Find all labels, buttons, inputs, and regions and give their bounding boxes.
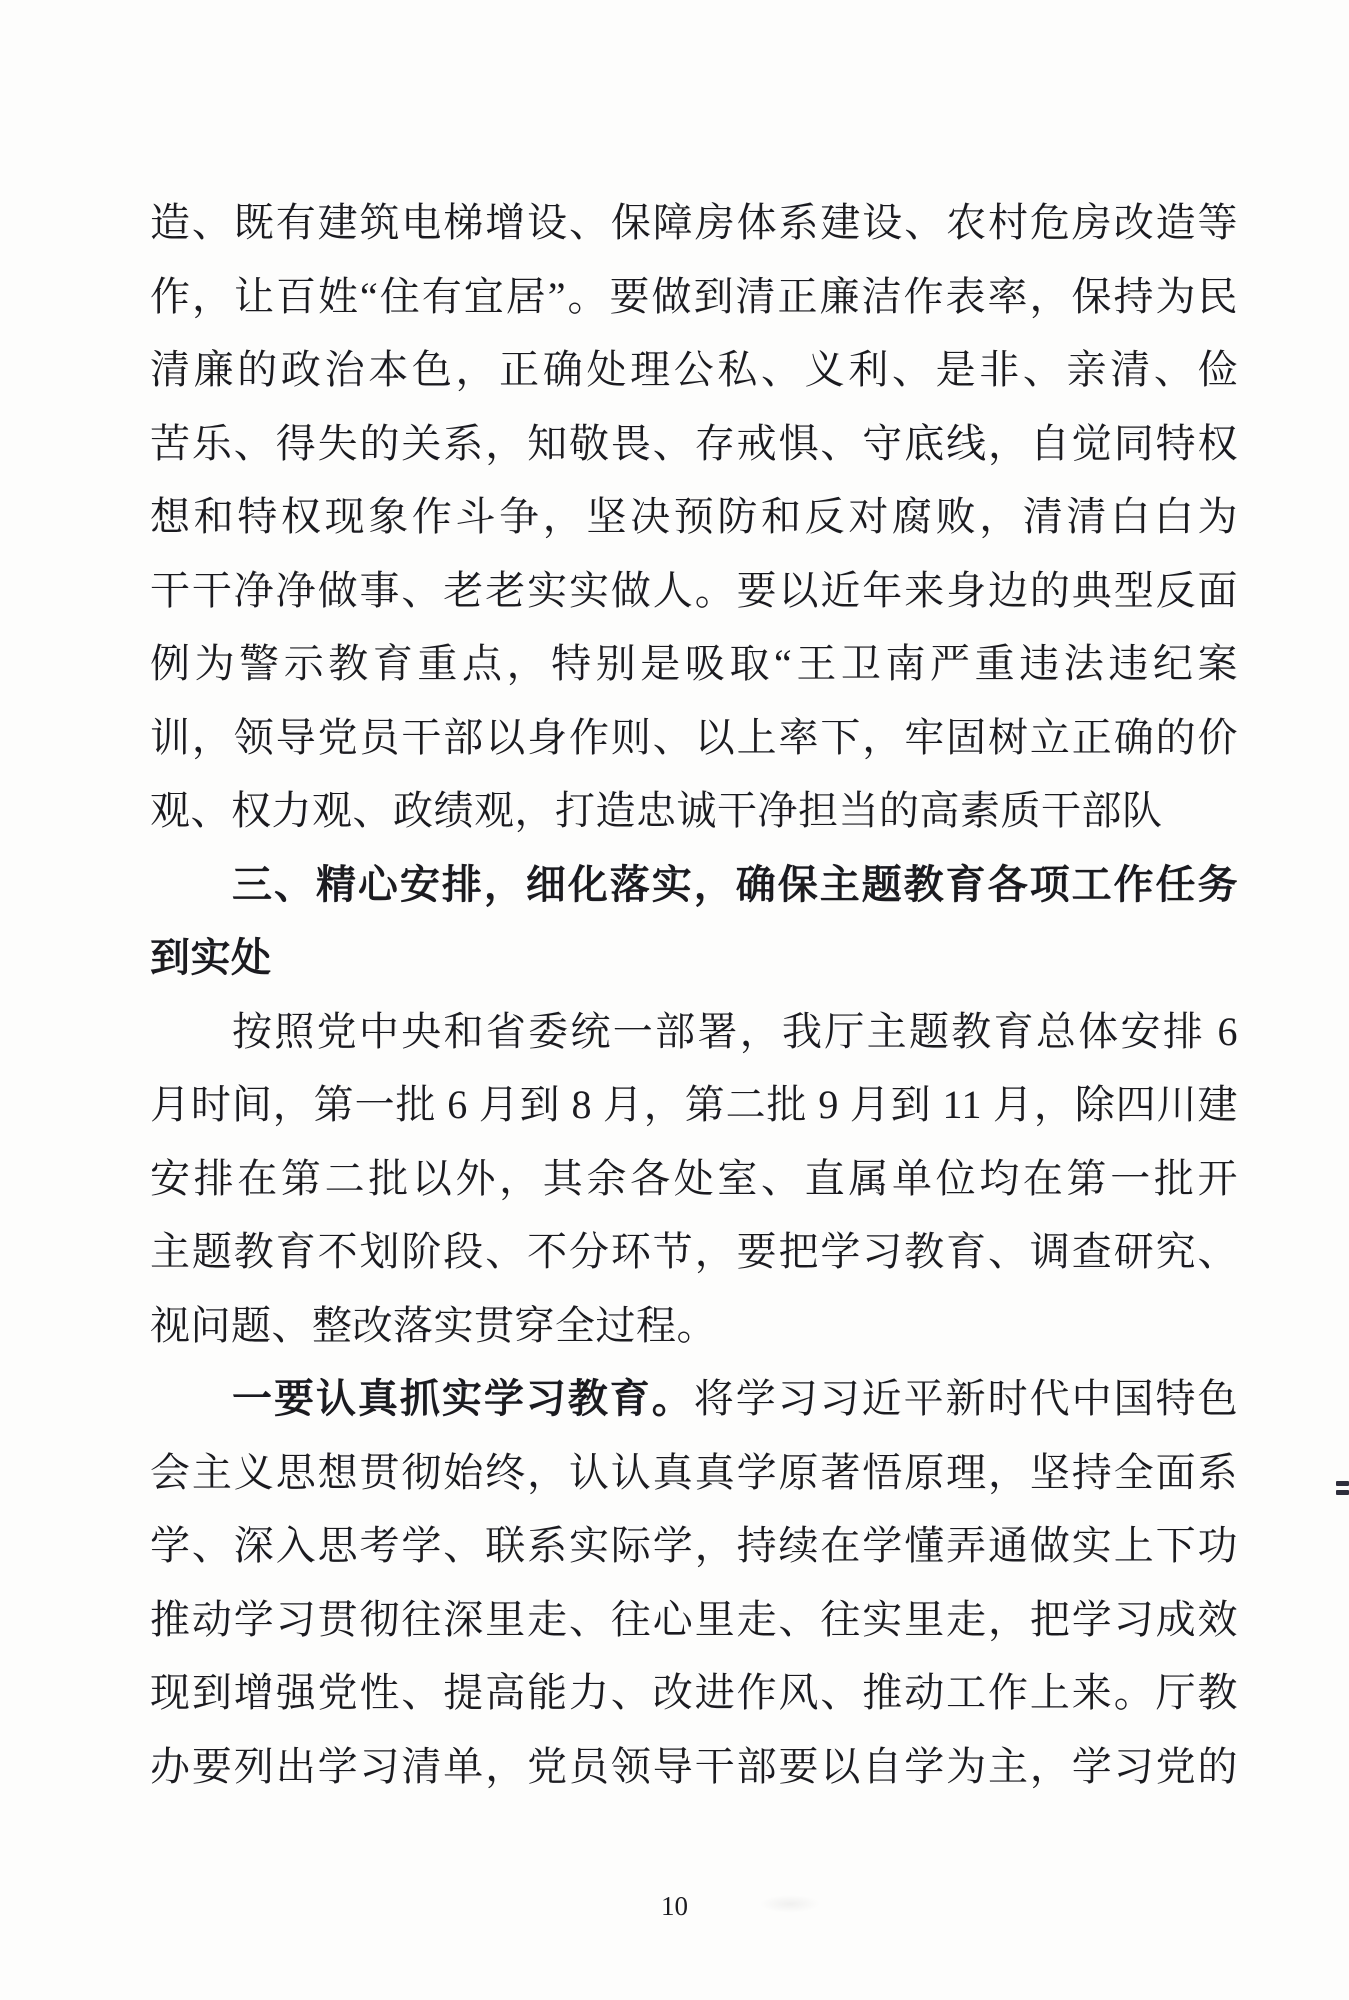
text-segment: 按照党中央和省委统一部署，我厅主题教育总体安排 6 个 bbox=[232, 1009, 1238, 1069]
text-segment: 学、深入思考学、联系实际学，持续在学懂弄通做实上下功夫， bbox=[150, 1523, 1238, 1583]
text-line: 一要认真抓实学习教育。将学习习近平新时代中国特色社 bbox=[150, 1362, 1238, 1436]
text-segment: 月时间，第一批 6 月到 8 月，第二批 9 月到 11 月，除四川建院 bbox=[150, 1082, 1238, 1142]
text-segment: 办要列出学习清单，党员领导干部要以自学为主，学习党的十 bbox=[150, 1744, 1238, 1804]
text-segment: 清廉的政治本色，正确处理公私、义利、是非、亲清、俭奢、 bbox=[150, 347, 1238, 407]
text-segment: 主题教育不划阶段、不分环节，要把学习教育、调查研究、检 bbox=[150, 1229, 1238, 1289]
bold-text-segment: 三、精心安排，细化落实，确保主题教育各项工作任务落 bbox=[232, 863, 1238, 922]
text-segment: 观、权力观、政绩观，打造忠诚干净担当的高素质干部队伍。 bbox=[150, 788, 1163, 848]
bold-text-segment: 到实处 bbox=[150, 936, 272, 980]
text-segment: 苦乐、得失的关系，知敬畏、存戒惧、守底线，自觉同特权思 bbox=[150, 421, 1238, 481]
text-segment: 造、既有建筑电梯增设、保障房体系建设、农村危房改造等工 bbox=[150, 200, 1238, 260]
text-line: 干干净净做事、老老实实做人。要以近年来身边的典型反面案 bbox=[150, 554, 1238, 628]
text-line: 按照党中央和省委统一部署，我厅主题教育总体安排 6 个 bbox=[150, 995, 1238, 1069]
text-line: 会主义思想贯彻始终，认认真真学原著悟原理，坚持全面系统 bbox=[150, 1436, 1238, 1510]
text-segment: 会主义思想贯彻始终，认认真真学原著悟原理，坚持全面系统 bbox=[150, 1450, 1238, 1510]
text-line: 三、精心安排，细化落实，确保主题教育各项工作任务落 bbox=[150, 848, 1238, 922]
text-line: 想和特权现象作斗争，坚决预防和反对腐败，清清白白为官、 bbox=[150, 480, 1238, 554]
page-number: 10 bbox=[0, 1888, 1349, 1924]
text-segment: 干干净净做事、老老实实做人。要以近年来身边的典型反面案 bbox=[150, 568, 1238, 628]
text-segment: 现到增强党性、提高能力、改进作风、推动工作上来。厅教育 bbox=[150, 1670, 1238, 1730]
document-page: 造、既有建筑电梯增设、保障房体系建设、农村危房改造等工作，让百姓“住有宜居”。要… bbox=[0, 0, 1349, 2000]
text-line: 办要列出学习清单，党员领导干部要以自学为主，学习党的十 bbox=[150, 1730, 1238, 1804]
text-line: 到实处 bbox=[150, 921, 1238, 995]
text-line: 视问题、整改落实贯穿全过程。 bbox=[150, 1289, 1238, 1363]
text-line: 苦乐、得失的关系，知敬畏、存戒惧、守底线，自觉同特权思 bbox=[150, 407, 1238, 481]
text-line: 训，领导党员干部以身作则、以上率下，牢固树立正确的价值 bbox=[150, 701, 1238, 775]
text-line: 例为警示教育重点，特别是吸取“王卫南严重违法违纪案件”教 bbox=[150, 627, 1238, 701]
text-line: 主题教育不划阶段、不分环节，要把学习教育、调查研究、检 bbox=[150, 1215, 1238, 1289]
text-segment: 作，让百姓“住有宜居”。要做到清正廉洁作表率，保持为民务实 bbox=[150, 274, 1238, 334]
text-line: 月时间，第一批 6 月到 8 月，第二批 9 月到 11 月，除四川建院 bbox=[150, 1068, 1238, 1142]
text-line: 作，让百姓“住有宜居”。要做到清正廉洁作表率，保持为民务实 bbox=[150, 260, 1238, 334]
text-line: 安排在第二批以外，其余各处室、直属单位均在第一批开展。 bbox=[150, 1142, 1238, 1216]
text-segment: 例为警示教育重点，特别是吸取“王卫南严重违法违纪案件”教 bbox=[150, 641, 1238, 701]
document-text: 造、既有建筑电梯增设、保障房体系建设、农村危房改造等工作，让百姓“住有宜居”。要… bbox=[150, 186, 1238, 1803]
text-line: 观、权力观、政绩观，打造忠诚干净担当的高素质干部队伍。 bbox=[150, 774, 1238, 848]
scan-artifact-mark bbox=[1336, 1490, 1349, 1495]
bold-text-segment: 一要认真抓实学习教育。 bbox=[232, 1377, 694, 1421]
text-segment: 安排在第二批以外，其余各处室、直属单位均在第一批开展。 bbox=[150, 1156, 1238, 1216]
scan-artifact-mark bbox=[1336, 1481, 1349, 1486]
text-segment: 推动学习贯彻往深里走、往心里走、往实里走，把学习成效体 bbox=[150, 1597, 1238, 1657]
text-line: 现到增强党性、提高能力、改进作风、推动工作上来。厅教育 bbox=[150, 1656, 1238, 1730]
text-segment: 训，领导党员干部以身作则、以上率下，牢固树立正确的价值 bbox=[150, 715, 1238, 775]
text-line: 推动学习贯彻往深里走、往心里走、往实里走，把学习成效体 bbox=[150, 1583, 1238, 1657]
scan-artifact bbox=[1336, 1481, 1349, 1497]
text-segment: 想和特权现象作斗争，坚决预防和反对腐败，清清白白为官、 bbox=[150, 494, 1238, 554]
text-line: 学、深入思考学、联系实际学，持续在学懂弄通做实上下功夫， bbox=[150, 1509, 1238, 1583]
text-segment: 视问题、整改落实贯穿全过程。 bbox=[150, 1303, 717, 1348]
text-line: 清廉的政治本色，正确处理公私、义利、是非、亲清、俭奢、 bbox=[150, 333, 1238, 407]
text-line: 造、既有建筑电梯增设、保障房体系建设、农村危房改造等工 bbox=[150, 186, 1238, 260]
